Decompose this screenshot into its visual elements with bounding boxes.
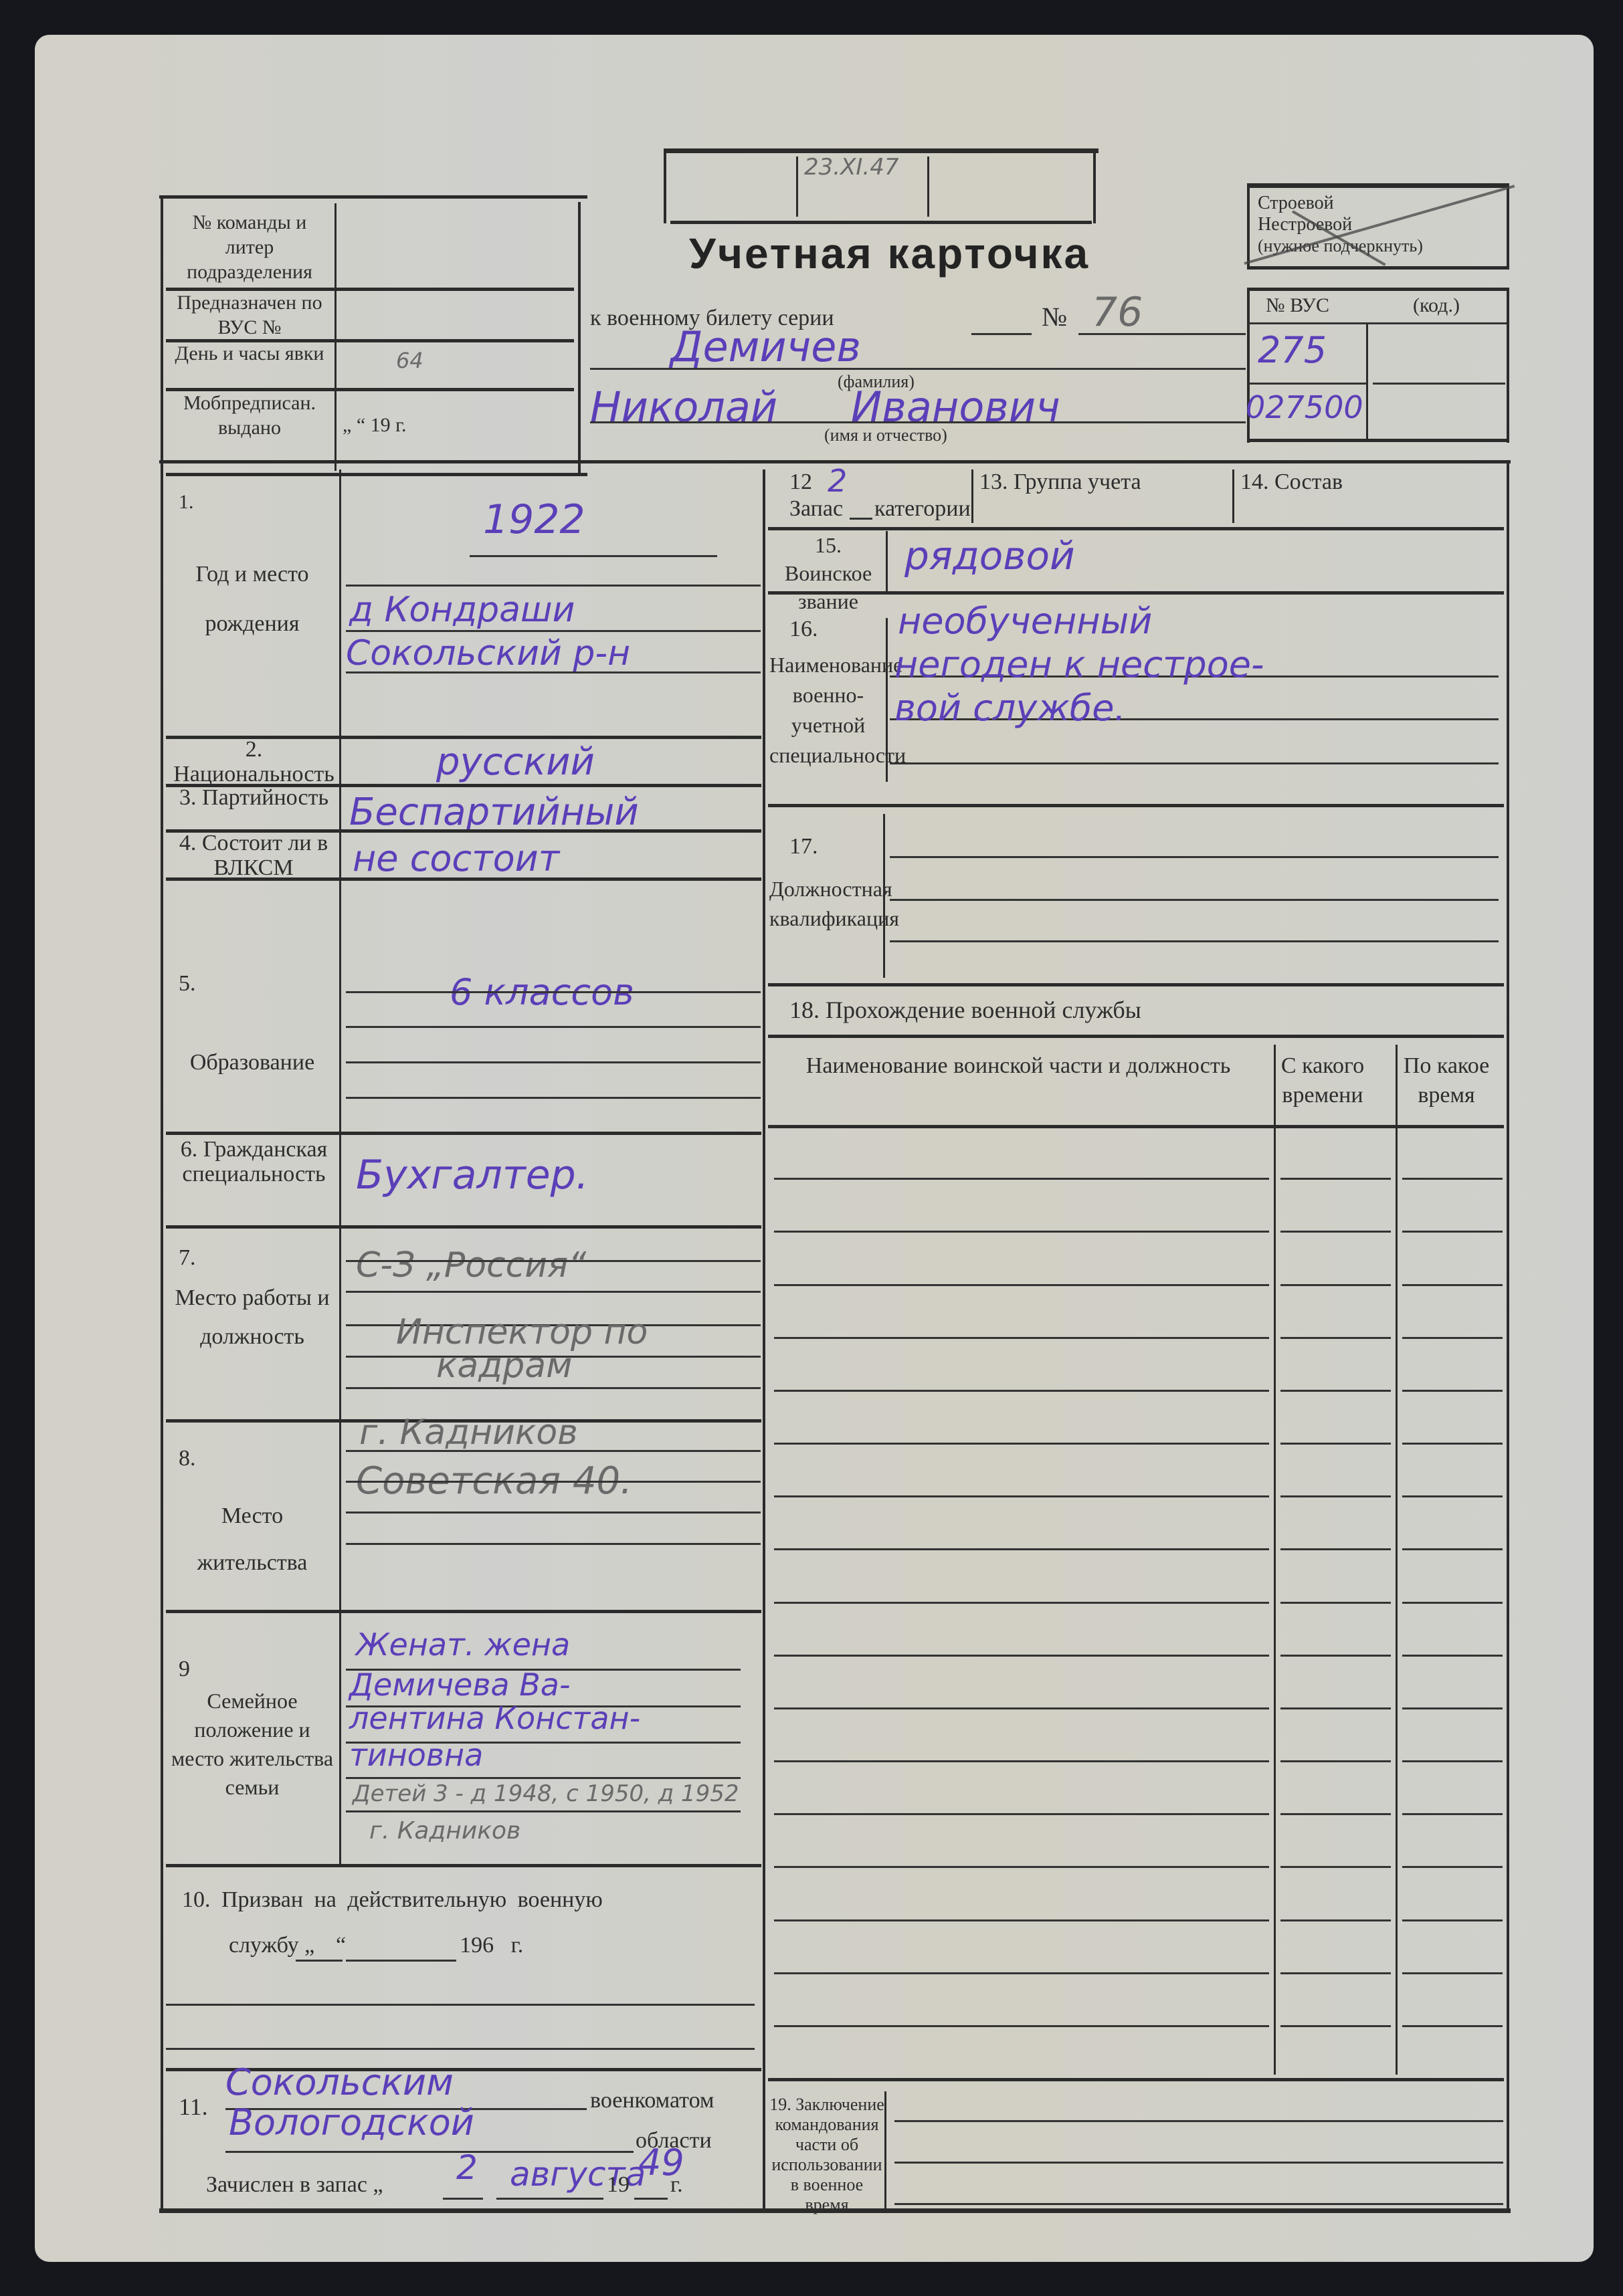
divider	[225, 2151, 634, 2153]
field-10-label-2: службу „	[229, 1933, 314, 1958]
divider	[1247, 288, 1509, 291]
divider	[346, 1260, 761, 1262]
service-table-row-line	[774, 1495, 1269, 1497]
service-table-row-line	[1280, 1548, 1391, 1550]
divider	[470, 555, 717, 557]
divider	[578, 202, 581, 476]
vus-value: 275	[1258, 329, 1327, 371]
divider	[890, 762, 1499, 764]
family-value-1: Женат. жена	[356, 1627, 570, 1663]
divider	[1247, 266, 1509, 270]
service-table-row-line	[1280, 1337, 1391, 1339]
divider	[768, 983, 1504, 986]
divider	[1247, 183, 1509, 188]
field-10-label: 10. Призван на действительную военную	[182, 1887, 603, 1912]
field-19-label: 19. Заключение командования части об исп…	[768, 2095, 886, 2215]
birth-place-1: д Кондраши	[349, 590, 575, 630]
center-divider	[763, 469, 765, 2208]
divider	[346, 1450, 761, 1452]
col-divider	[1274, 1045, 1276, 2075]
label-mob-order: Мобпредписан. выдано	[166, 391, 333, 440]
divider	[346, 1777, 741, 1779]
workplace-value-1: С-З „Россия“	[356, 1245, 586, 1285]
service-table-row-line	[774, 1602, 1269, 1604]
field-8-label: Место жительства	[169, 1493, 336, 1586]
stamp-box-left	[664, 150, 666, 223]
field-4-label: 4. Состоит ли в ВЛКСМ	[166, 831, 341, 880]
field-12-num: 12	[789, 469, 812, 494]
field-5-label: Образование	[169, 1038, 336, 1087]
military-office-value: Сокольским	[225, 2061, 454, 2103]
divider	[346, 1061, 761, 1063]
divider	[1366, 322, 1368, 439]
divider	[296, 1960, 343, 1962]
stamp-divider	[796, 156, 798, 217]
divider	[768, 1125, 1504, 1128]
service-table-row-line	[1402, 1919, 1503, 1921]
komsomol-value: не состоит	[353, 837, 559, 879]
col-to-header: По какое время	[1388, 1051, 1505, 1110]
service-table-row-line	[774, 1760, 1269, 1762]
divider	[346, 630, 761, 632]
divider	[1247, 439, 1509, 442]
ticket-number-value: 76	[1092, 289, 1143, 336]
field-8-num: 8.	[179, 1446, 196, 1471]
field-6-label: 6. Гражданская специальность	[169, 1137, 339, 1186]
service-table-row-line	[1280, 1390, 1391, 1392]
divider	[1232, 469, 1234, 523]
divider	[166, 2004, 755, 2006]
service-table-row-line	[1280, 1813, 1391, 1815]
service-table-row-line	[1280, 1231, 1391, 1233]
service-table-row-line	[774, 1443, 1269, 1445]
service-table-row-line	[1280, 1602, 1391, 1604]
field-17-num: 17.	[789, 834, 818, 859]
divider	[890, 856, 1499, 858]
service-table-row-line	[774, 1655, 1269, 1657]
divider	[346, 1543, 761, 1545]
field-11-num: 11.	[179, 2095, 208, 2119]
field-10-date: “ 196 г.	[336, 1933, 523, 1958]
divider	[634, 2198, 668, 2200]
field-16-label: Наименование военно-учетной специальност…	[769, 650, 887, 770]
specialty-value-3: вой службе.	[894, 687, 1126, 729]
military-office-label: военкоматом	[590, 2088, 714, 2113]
field-9-num: 9	[179, 1657, 190, 1681]
civil-specialty-value: Бухгалтер.	[356, 1152, 589, 1198]
divider	[166, 1610, 761, 1613]
family-value-2: Демичева Ва-	[349, 1667, 571, 1703]
divider	[1373, 383, 1505, 385]
divider	[346, 1387, 761, 1389]
divider	[894, 2120, 1503, 2122]
party-value: Беспартийный	[349, 791, 639, 834]
mob-order-date: „ “ 19 г.	[343, 413, 577, 437]
service-table-row-line	[1402, 1231, 1503, 1233]
birth-year: 1922	[483, 496, 585, 543]
field-17-label: Должностная квалификация	[769, 874, 883, 933]
divider	[1507, 183, 1509, 269]
stamp-box-right	[1093, 150, 1096, 223]
combat-label: Строевой	[1258, 193, 1334, 214]
page-title: Учетная карточка	[689, 229, 1090, 278]
residence-value-1: г. Кадников	[359, 1413, 578, 1453]
region-value: Вологодской	[229, 2101, 474, 2144]
field-18-label: 18. Прохождение военной службы	[789, 998, 1141, 1023]
service-table-row-line	[1402, 1760, 1503, 1762]
divider	[1249, 322, 1507, 324]
divider	[894, 2203, 1503, 2205]
divider	[894, 2162, 1503, 2164]
form-left-border	[161, 460, 163, 2212]
form-right-border	[1507, 460, 1509, 2212]
service-table-row-line	[774, 2025, 1269, 2027]
service-table-row-line	[774, 1390, 1269, 1392]
service-table-row-line	[774, 1972, 1269, 1974]
kod-label: (код.)	[1413, 293, 1460, 318]
service-table-row-line	[1402, 1443, 1503, 1445]
service-table-row-line	[1402, 1390, 1503, 1392]
divider	[166, 2048, 755, 2050]
divider	[346, 1097, 761, 1099]
service-table-row-line	[774, 1813, 1269, 1815]
divider	[971, 333, 1032, 335]
divider	[971, 469, 973, 523]
workplace-value-3: кадрам	[436, 1346, 572, 1386]
stamp-box-bottom	[670, 221, 1092, 224]
divider	[346, 1810, 741, 1812]
field-1-num: 1.	[179, 490, 194, 514]
stamp-box-top	[664, 148, 1099, 153]
field-7-label: Место работы и должность	[169, 1279, 336, 1356]
divider	[850, 518, 872, 520]
reserve-category-value: 2	[828, 463, 847, 499]
service-table-row-line	[1402, 1495, 1503, 1497]
divider	[768, 2078, 1504, 2081]
label-vus-assigned: Предназначен по ВУС №	[166, 290, 333, 340]
field-12-label: Запас	[789, 496, 843, 521]
service-table-row-line	[1280, 1443, 1391, 1445]
service-table-row-line	[774, 1919, 1269, 1921]
field-16-num: 16.	[789, 617, 818, 641]
vus-code-value: 027500	[1246, 389, 1363, 425]
service-table-row-line	[1402, 1548, 1503, 1550]
divider	[166, 1864, 761, 1867]
field-2-label: 2. Национальность	[169, 737, 339, 787]
service-table-row-line	[1280, 1972, 1391, 1974]
divider	[159, 195, 587, 199]
divider	[1249, 383, 1366, 385]
label-report-day: День и часы явки	[166, 341, 333, 366]
divider	[166, 473, 587, 476]
service-table-row-line	[1402, 2025, 1503, 2027]
col-from-header: С какого времени	[1262, 1051, 1383, 1110]
stamp-divider	[927, 156, 929, 217]
given-names-caption: (имя и отчество)	[824, 423, 947, 447]
divider	[890, 940, 1499, 942]
divider	[768, 591, 1504, 595]
field-13-label: 13. Группа учета	[979, 469, 1141, 494]
divider	[768, 1035, 1504, 1038]
vus-label: № ВУС	[1266, 293, 1329, 318]
divider	[339, 884, 341, 1867]
field-14-label: 14. Состав	[1240, 469, 1343, 494]
divider	[346, 585, 761, 587]
divider	[496, 2198, 603, 2200]
service-table-row-line	[1280, 1707, 1391, 1709]
service-table-row-line	[1402, 1972, 1503, 1974]
divider	[346, 671, 761, 673]
specialty-value-1: необученный	[898, 600, 1152, 642]
ticket-number-label: №	[1042, 304, 1067, 329]
date-stamp: 23.XI.47	[804, 154, 898, 181]
divider	[161, 195, 163, 476]
service-table-row-line	[774, 1707, 1269, 1709]
service-table-row-line	[774, 1548, 1269, 1550]
divider	[590, 368, 1246, 370]
service-table-row-line	[1402, 1813, 1503, 1815]
service-table-row-line	[1402, 1866, 1503, 1868]
divider	[1247, 183, 1250, 269]
divider	[346, 1511, 761, 1514]
service-table-row-line	[1402, 1602, 1503, 1604]
service-table-row-line	[1280, 1866, 1391, 1868]
service-table-row-line	[1280, 1655, 1391, 1657]
nationality-value: русский	[436, 740, 595, 784]
divider	[346, 1291, 761, 1293]
family-value-4: тиновна	[349, 1737, 483, 1773]
divider	[768, 804, 1504, 807]
divider	[339, 469, 341, 884]
service-table-row-line	[1280, 2025, 1391, 2027]
divider	[166, 1225, 761, 1229]
col-divider	[1396, 1045, 1398, 2075]
service-table-row-line	[1280, 1284, 1391, 1286]
divider	[346, 991, 761, 993]
enrolled-year-prefix: 19	[607, 2172, 630, 2197]
service-table-row-line	[774, 1178, 1269, 1180]
field-15-label: 15. Воинское звание	[769, 531, 887, 615]
divider	[166, 877, 761, 881]
service-table-row-line	[1402, 1707, 1503, 1709]
family-value-5: Детей 3 - д 1948, с 1950, д 1952	[353, 1780, 739, 1807]
registration-card: 23.XI.47 Учетная карточка № команды и ли…	[35, 35, 1594, 2262]
field-5-num: 5.	[179, 971, 196, 996]
divider	[768, 527, 1504, 530]
specialty-value-2: негоден к нестроe-	[894, 643, 1264, 686]
divider	[346, 1481, 761, 1483]
birth-place-2: Сокольский р-н	[346, 633, 630, 673]
surname-value: Демичев	[670, 322, 861, 371]
enrolled-day: 2	[456, 2148, 478, 2187]
divider	[1507, 288, 1509, 443]
divider	[335, 203, 337, 471]
field-12-label-2: категории	[874, 496, 971, 521]
service-table-row-line	[1280, 1178, 1391, 1180]
field-9-label: Семейное положение и место жительства се…	[169, 1687, 336, 1802]
rank-value: рядовой	[904, 533, 1075, 579]
service-table-row-line	[1402, 1178, 1503, 1180]
service-table-row-line	[1402, 1655, 1503, 1657]
field-7-num: 7.	[179, 1245, 196, 1270]
field-1-label: Год и место рождения	[169, 550, 336, 649]
divider	[346, 1026, 761, 1028]
divider	[443, 2198, 483, 2200]
label-team-number: № команды и литер подразделения	[166, 210, 333, 284]
field-3-label: 3. Партийность	[169, 785, 339, 810]
service-table-row-line	[774, 1337, 1269, 1339]
service-table-row-line	[1280, 1919, 1391, 1921]
service-table-row-line	[774, 1866, 1269, 1868]
service-table-row-line	[774, 1284, 1269, 1286]
enrolled-year-suffix: г.	[670, 2172, 683, 2197]
col-unit-header: Наименование воинской части и должность	[777, 1051, 1259, 1081]
divider	[346, 1960, 456, 1962]
family-value-6: г. Кадников	[369, 1817, 520, 1845]
service-table-row-line	[1402, 1284, 1503, 1286]
divider	[890, 899, 1499, 901]
service-table-row-line	[1280, 1495, 1391, 1497]
service-table-row-line	[1402, 1337, 1503, 1339]
report-day-value: 64	[396, 348, 423, 373]
enrolled-label: Зачислен в запас „	[206, 2172, 383, 2197]
family-value-3: лентина Констан-	[349, 1700, 640, 1736]
service-table-row-line	[1280, 1760, 1391, 1762]
divider	[166, 1132, 761, 1135]
service-table-row-line	[774, 1231, 1269, 1233]
